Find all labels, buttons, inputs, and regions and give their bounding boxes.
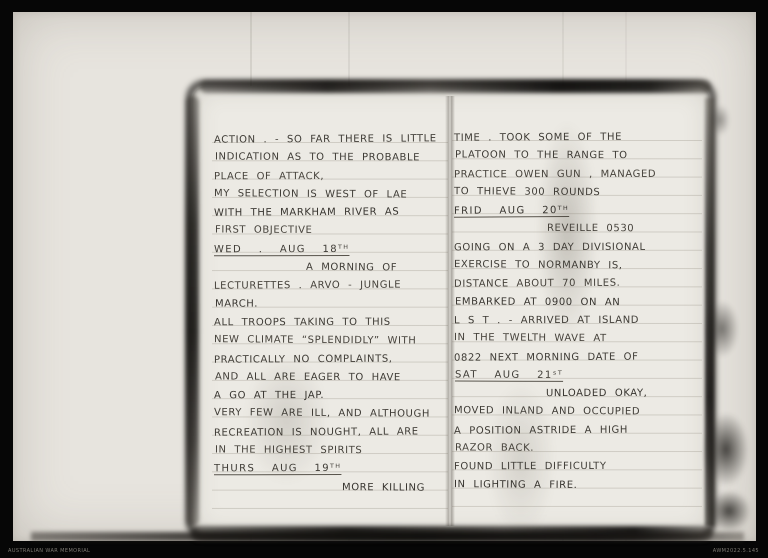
handwriting-line: NEW CLIMATE “SPLENDIDLY” WITH [214, 331, 448, 351]
handwriting-line: PRACTICALLY NO COMPLAINTS, [214, 350, 448, 370]
toner-blotch [707, 490, 751, 532]
handwriting-line: ACTION . - SO FAR THERE IS LITTLE [214, 130, 448, 150]
handwriting-line: MOVED INLAND AND OCCUPIED [454, 403, 702, 423]
handwriting-line: A MORNING OF [214, 258, 448, 278]
handwriting-line: INDICATION AS TO THE PROBABLE [215, 149, 448, 168]
toner-blotch [703, 412, 749, 487]
handwriting-line: THURS AUG 19ᵀᴴ [214, 460, 448, 479]
reference-number: AWM2022.5.145 [713, 548, 759, 554]
handwriting-line: FOUND LITTLE DIFFICULTY [454, 458, 702, 477]
handwriting-line: LECTURETTES . ARVO - JUNGLE [214, 277, 448, 297]
handwriting-line: MORE KILLING [214, 478, 448, 498]
handwriting-line: L S T . - ARRIVED AT ISLAND [454, 312, 702, 331]
handwriting-line: FRID AUG 20ᵀᴴ [454, 201, 702, 221]
handwriting-line: IN THE TWELTH WAVE AT [454, 329, 702, 349]
handwriting-line: SAT AUG 21ˢᵀ [455, 366, 702, 385]
handwriting-line: IN THE HIGHEST SPIRITS [215, 442, 448, 461]
notebook-top-edge-smudge [200, 80, 711, 93]
bottom-toner-band [31, 532, 744, 541]
handwriting-line: RAZOR BACK. [455, 440, 702, 459]
handwriting-line: FIRST OBJECTIVE [215, 222, 448, 241]
handwriting-line: TIME . TOOK SOME OF THE [454, 128, 702, 148]
handwriting-line: MARCH. [215, 295, 448, 314]
diary-notebook-spread: ACTION . - SO FAR THERE IS LITTLEINDICAT… [186, 80, 716, 540]
notebook-left-edge-smudge [186, 96, 199, 526]
toner-blotch [705, 300, 739, 358]
handwriting-line: AND ALL ARE EAGER TO HAVE [215, 368, 448, 387]
handwriting-line: WITH THE MARKHAM RIVER AS [214, 203, 448, 223]
handwriting-line: A POSITION ASTRIDE A HIGH [454, 421, 702, 441]
handwriting-line: REVEILLE 0530 [455, 220, 702, 239]
diary-page-left: ACTION . - SO FAR THERE IS LITTLEINDICAT… [212, 128, 448, 514]
handwriting-line: GOING ON A 3 DAY DIVISIONAL [454, 238, 702, 257]
handwriting-line: PLATOON TO THE RANGE TO [455, 147, 702, 166]
archive-watermark: AUSTRALIAN WAR MEMORIAL [8, 548, 90, 554]
handwriting-line: EXERCISE TO NORMANBY IS, [454, 256, 702, 276]
handwriting-line: PRACTICE OWEN GUN , MANAGED [454, 165, 702, 184]
photocopy-paper: ACTION . - SO FAR THERE IS LITTLEINDICAT… [13, 12, 756, 541]
handwriting-right: TIME . TOOK SOME OF THEPLATOON TO THE RA… [452, 126, 702, 495]
handwriting-line: 0822 NEXT MORNING DATE OF [454, 348, 702, 368]
toner-blotch [710, 104, 730, 136]
diary-page-right: TIME . TOOK SOME OF THEPLATOON TO THE RA… [452, 126, 702, 514]
handwriting-line: IN LIGHTING A FIRE. [454, 476, 702, 496]
handwriting-line: A GO AT THE JAP. [214, 387, 448, 406]
handwriting-line: EMBARKED AT 0900 ON AN [455, 293, 702, 312]
handwriting-line: VERY FEW ARE ILL, AND ALTHOUGH [214, 405, 448, 425]
handwriting-line: MY SELECTION IS WEST OF LAE [214, 185, 448, 205]
handwriting-line: DISTANCE ABOUT 70 MILES. [454, 275, 702, 295]
handwriting-line: UNLOADED OKAY, [454, 385, 702, 404]
handwriting-line: WED . AUG 18ᵀᴴ [214, 240, 448, 259]
scan-frame: ACTION . - SO FAR THERE IS LITTLEINDICAT… [0, 0, 768, 558]
handwriting-line: RECREATION IS NOUGHT, ALL ARE [214, 423, 448, 443]
handwriting-left: ACTION . - SO FAR THERE IS LITTLEINDICAT… [212, 128, 448, 497]
handwriting-line: TO THIEVE 300 ROUNDS [454, 183, 702, 203]
handwriting-line: PLACE OF ATTACK, [214, 167, 448, 186]
handwriting-line: ALL TROOPS TAKING TO THIS [214, 314, 448, 333]
